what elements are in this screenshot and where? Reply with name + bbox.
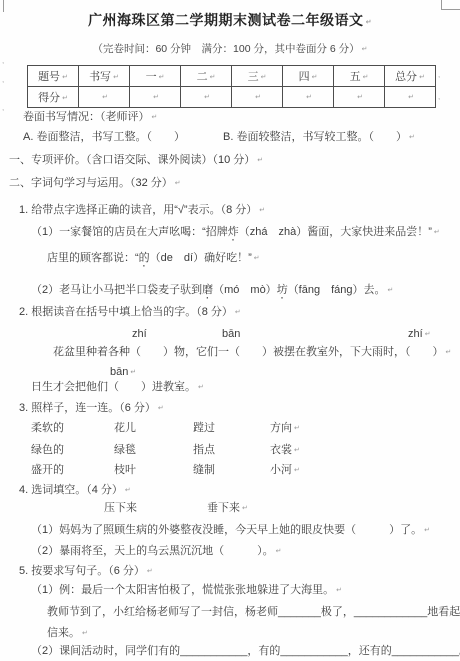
match-word: 蹚过	[193, 422, 215, 435]
question-1-item-2: （2）老马让小马把半口袋麦子驮到磨（mó mò）坊（fāng fáng）去。↵	[31, 284, 393, 297]
match-word: 花儿	[114, 422, 136, 435]
score-table-empty-cell: ↵	[181, 87, 232, 108]
score-table-score-row: 得分↵ ↵ ↵ ↵ ↵ ↵ ↵ ↵	[28, 87, 436, 108]
margin-paragraph-mark: ,	[2, 104, 4, 112]
score-table-cell: 三↵	[232, 66, 283, 87]
question-4-stem: 4. 选词填空。（4 分）↵	[19, 484, 131, 497]
score-table-empty-cell: ↵	[232, 87, 283, 108]
pinyin-hint-ban-1: bān	[222, 328, 240, 341]
match-word: 指点	[193, 444, 215, 457]
score-table: 题号↵ 书写↵ 一↵ 二↵ 三↵ 四↵ 五↵ 总分↵ 得分↵ ↵ ↵ ↵ ↵ ↵…	[27, 65, 436, 108]
handwriting-option-a: A. 卷面整洁，书写工整。（ ）	[23, 131, 185, 144]
margin-paragraph-mark: ,	[2, 76, 4, 84]
question-5-item-1-example: （1）例：最后一个太阳害怕极了，慌慌张张地躲进了大海里。↵	[31, 584, 342, 597]
score-table-cell: 得分↵	[28, 87, 79, 108]
handwriting-review-label: 卷面书写情况：（老师评）↵	[23, 111, 157, 124]
score-table-cell: 书写↵	[79, 66, 130, 87]
text-boundary-mark-top-right-icon	[441, 0, 460, 10]
score-table-empty-cell: ↵	[130, 87, 181, 108]
question-4-item-2: （2）暴雨将至，天上的乌云黑沉沉地（ ）。↵	[31, 545, 282, 558]
question-4-item-1: （1）妈妈为了照顾生病的外婆整夜没睡，今天早上她的眼皮快要（ ）了。↵	[31, 524, 430, 537]
section-two-heading: 二、字词句学习与运用。（32 分）↵	[9, 177, 181, 190]
match-word: 绿毯	[114, 444, 136, 457]
match-word: 枝叶	[114, 464, 136, 477]
text-boundary-mark-top-left-icon	[3, 0, 4, 12]
score-table-empty-cell: ↵	[385, 87, 436, 108]
score-table-empty-cell: ↵	[334, 87, 385, 108]
score-table-cell: 题号↵	[28, 66, 79, 87]
pinyin-hint-zhi-2: zhí↵	[408, 328, 431, 341]
score-table-cell: 五↵	[334, 66, 385, 87]
table-row-end-mark: ,	[438, 93, 440, 101]
question-3-stem: 3. 照样子，连一连。（6 分）↵	[19, 402, 164, 415]
page-title: 广州海珠区第二学期期末测试卷二年级语文↵	[0, 14, 460, 29]
match-word: 绿色的	[31, 444, 64, 457]
match-word: 柔软的	[31, 422, 64, 435]
section-one-heading: 一、专项评价。（含口语交际、课外阅读）（10 分）↵	[9, 154, 263, 167]
pinyin-hint-zhi-1: zhí	[132, 328, 147, 341]
match-word: 小河↵	[270, 464, 300, 477]
score-table-empty-cell: ↵	[79, 87, 130, 108]
score-table-empty-cell: ↵	[283, 87, 334, 108]
question-5-stem: 5. 按要求写句子。（6 分）↵	[19, 565, 153, 578]
match-word: 衣裳↵	[270, 444, 300, 457]
exam-time-score-info: （完卷时间：60 分钟 满分：100 分，其中卷面分 6 分）↵	[0, 43, 460, 56]
table-row-end-mark: ,	[438, 71, 440, 79]
match-word: 方向↵	[270, 422, 300, 435]
word-choice-1: 压下来	[104, 502, 137, 515]
exam-paper-page: , , , , , 广州海珠区第二学期期末测试卷二年级语文↵ （完卷时间：60 …	[0, 0, 460, 661]
question-5-item-1-line-3: 信来。↵	[47, 627, 88, 640]
score-table-cell: 一↵	[130, 66, 181, 87]
question-1-stem: 1. 给带点字选择正确的读音，用“√”表示。（8 分）↵	[19, 204, 265, 217]
question-5-item-2: （2）课间活动时，同学们有的___________，有的___________，…	[31, 645, 460, 658]
score-table-cell: 二↵	[181, 66, 232, 87]
question-5-item-1-line-2: 教师节到了，小红给杨老师写了一封信，杨老师_______极了，_________…	[47, 606, 460, 619]
question-2-stem: 2. 根据读音在括号中填上恰当的字。（8 分）↵	[19, 306, 241, 319]
score-table-header-row: 题号↵ 书写↵ 一↵ 二↵ 三↵ 四↵ 五↵ 总分↵	[28, 66, 436, 87]
word-choice-2: 垂下来↵	[207, 502, 248, 515]
score-table-cell: 总分↵	[385, 66, 436, 87]
question-2-line-1: 花盆里种着各种（ ）物，它们一（ ）被摆在教室外，下大雨时，（ ）↵	[53, 346, 451, 359]
match-word: 缝制	[193, 464, 215, 477]
match-word: 盛开的	[31, 464, 64, 477]
score-table-cell: 四↵	[283, 66, 334, 87]
question-1-item-1-line-2: 店里的顾客都说：“的（de dí）确好吃！”↵	[47, 252, 260, 265]
question-2-line-2: 日生才会把他们（ ）进教室。↵	[31, 381, 204, 394]
pinyin-hint-ban-2: bān↵	[110, 366, 136, 379]
handwriting-option-b: B. 卷面较整洁，书写较工整。（ ）↵	[223, 131, 415, 144]
question-1-item-1-line-1: （1）一家餐馆的店员在大声吆喝：“招牌炸（zhá zhà）酱面，大家快进来品尝！…	[31, 226, 440, 239]
margin-paragraph-mark: ,	[2, 57, 4, 65]
